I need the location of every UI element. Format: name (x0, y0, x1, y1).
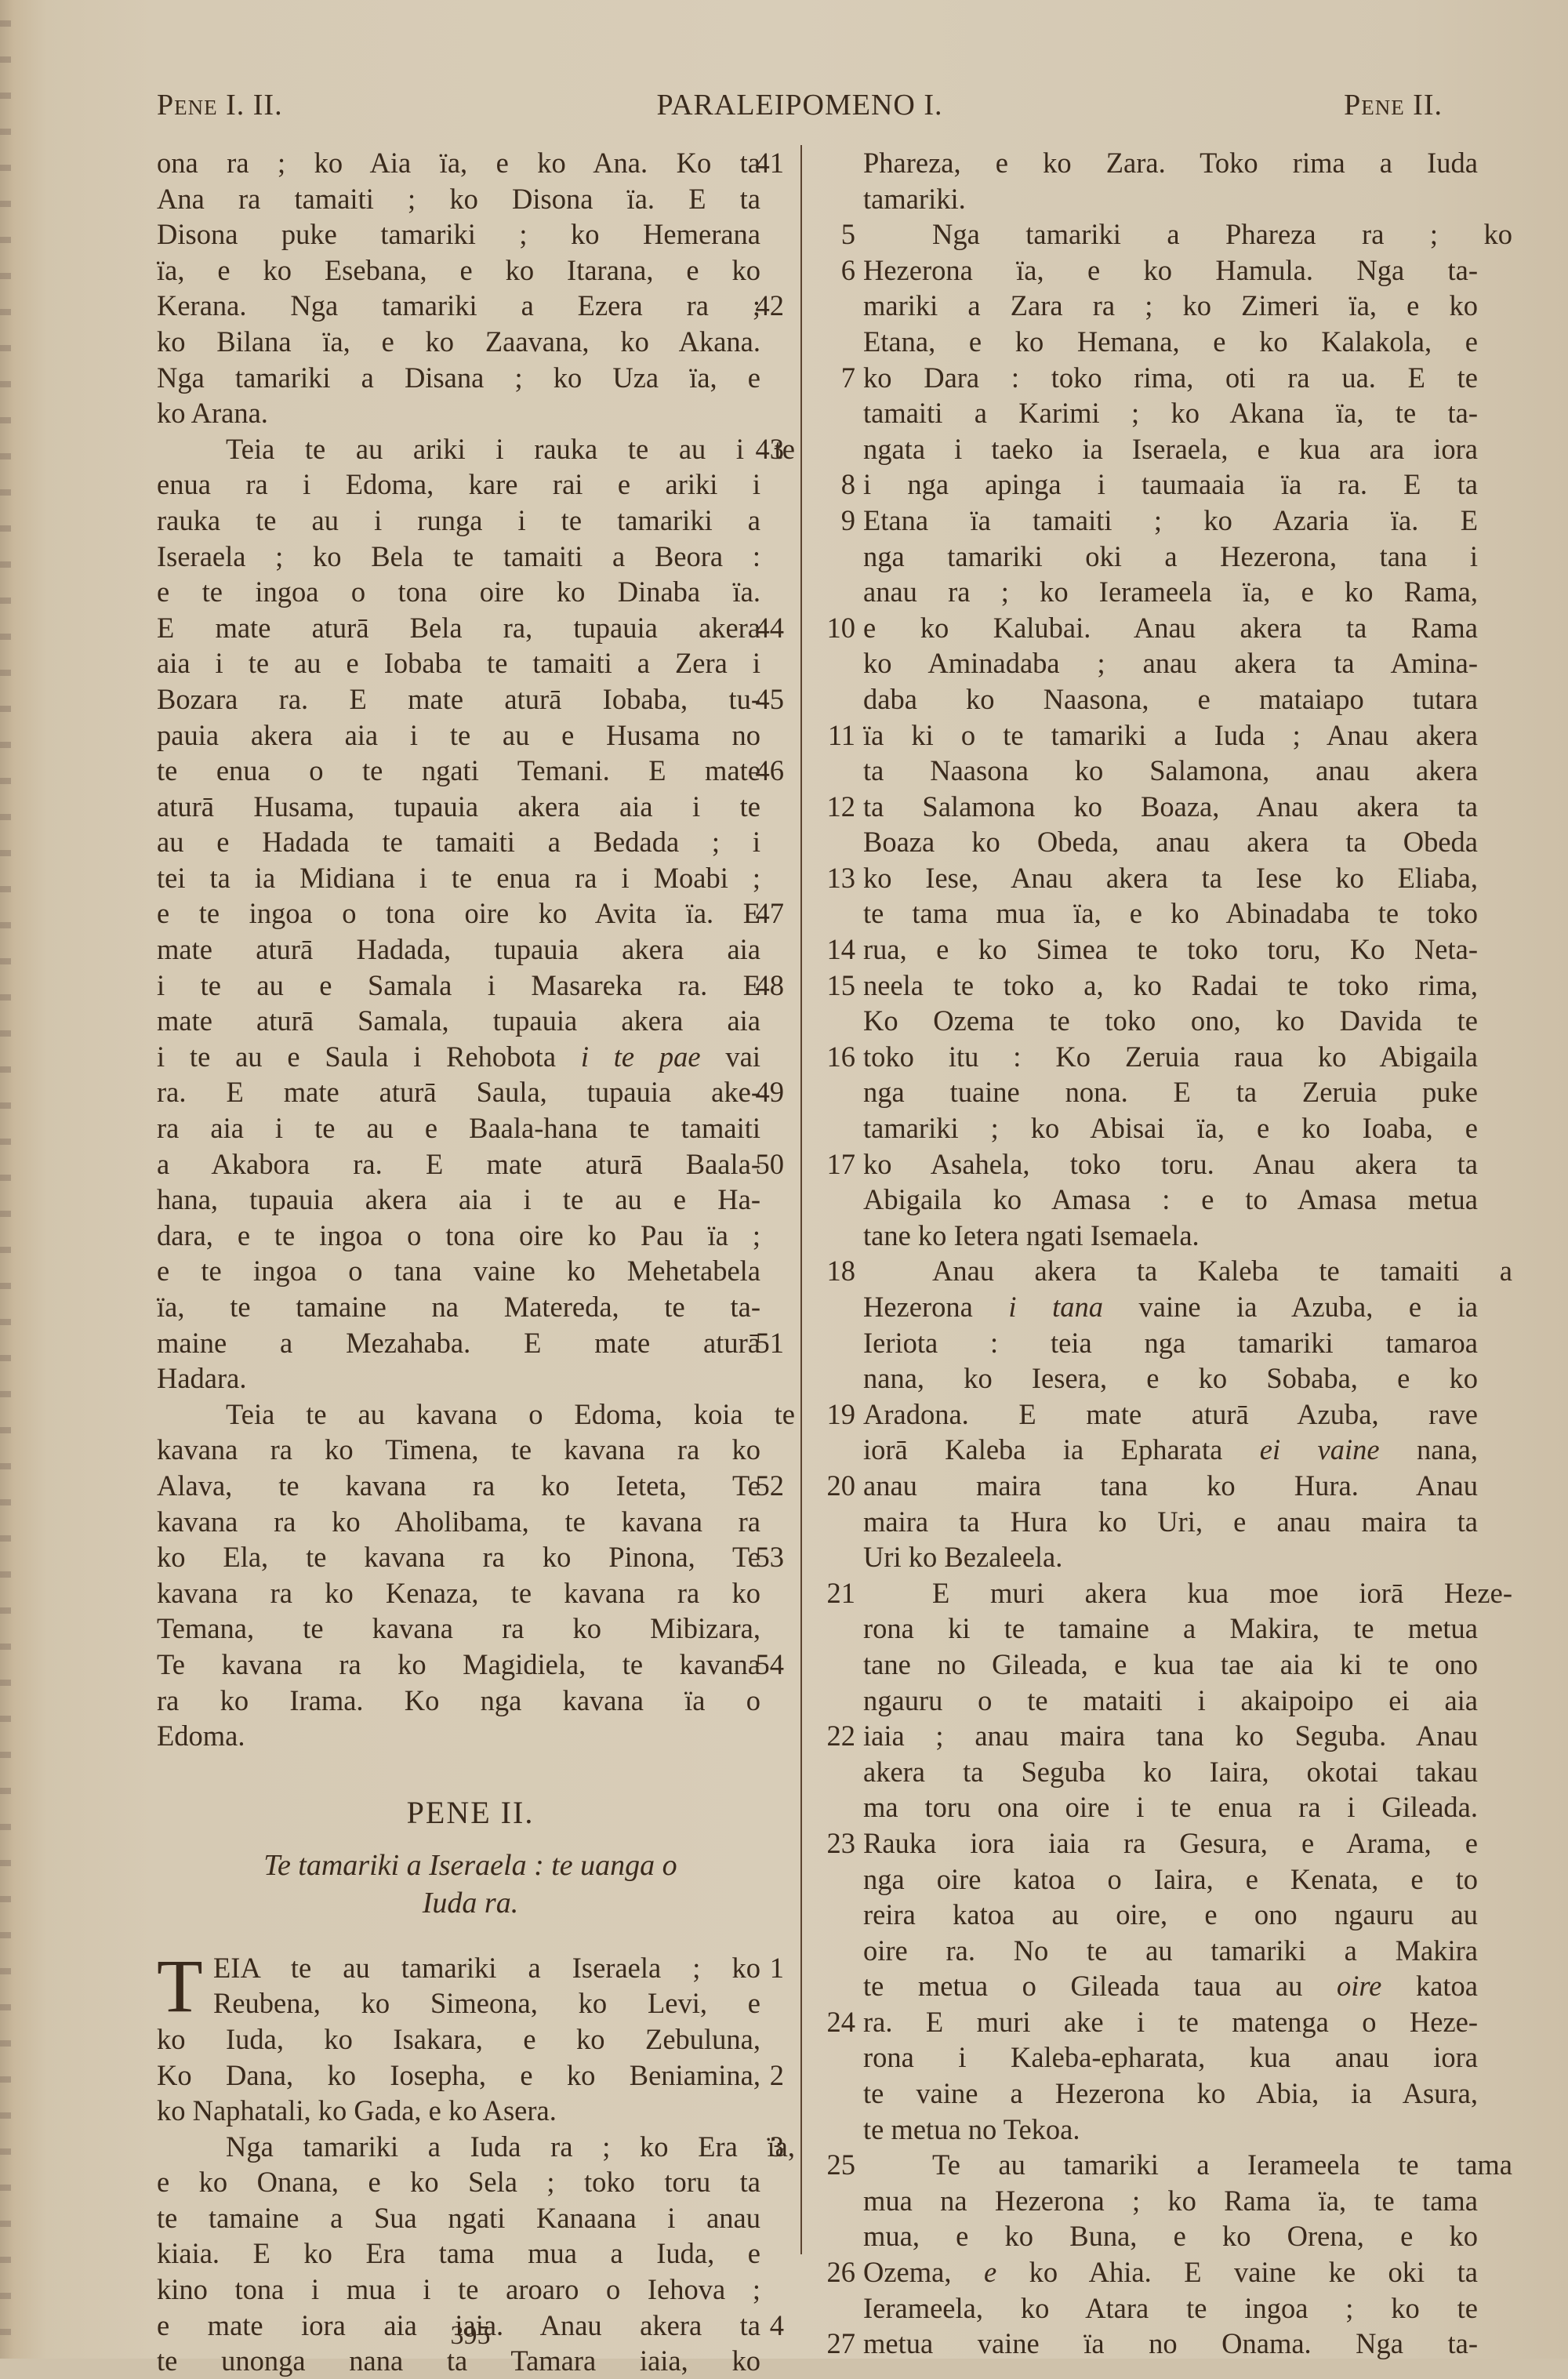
verse-text: Phareza, e ko Zara. Toko rima a Iuda (863, 145, 1478, 181)
verse-text: aia i te au e Iobaba te tamaiti a Zera i (157, 645, 760, 681)
text-line: aturā Husama, tupauia akera aia i te (157, 789, 784, 825)
left-column: 41ona ra ; ko Aia ïa, e ko Ana. Ko taAna… (157, 145, 784, 2359)
verse-text: ïa, te tamaine na Matereda, te ta- (157, 1289, 760, 1325)
verse-text: Boaza ko Obeda, anau akera ta Obeda (863, 824, 1478, 860)
verse-number: 17 (811, 1146, 855, 1182)
verse-number: 52 (746, 1468, 784, 1504)
verse-number: 54 (746, 1647, 784, 1683)
text-line: Phareza, e ko Zara. Toko rima a Iuda (811, 145, 1454, 181)
text-line: 6Hezerona ïa, e ko Hamula. Nga ta- (811, 252, 1454, 289)
verse-text: Ierameela, ko Atara te ingoa ; ko te (863, 2290, 1478, 2326)
text-line: rauka te au i runga i te tamariki a (157, 503, 784, 539)
verse-text: E muri akera kua moe iorā Heze- (898, 1575, 1512, 1611)
verse-text: reira katoa au oire, e ono ngauru au (863, 1897, 1478, 1933)
chapter-text: 1EIA te au tamariki a Iseraela ; koReube… (157, 1950, 784, 2359)
text-line: Abigaila ko Amasa : e to Amasa metua (811, 1182, 1454, 1218)
text-line: iorā Kaleba ia Epharata ei vaine nana, (811, 1432, 1454, 1468)
chapter-summary-line: Te tamariki a Iseraela : te uanga o (157, 1847, 784, 1884)
verse-text: ïa, e ko Esebana, e ko Itarana, e ko (157, 252, 760, 289)
verse-number: 15 (811, 968, 855, 1004)
verse-text: nga oire katoa o Iaira, e Kenata, e to (863, 1861, 1478, 1898)
verse-text: ko Naphatali, ko Gada, e ko Asera. (157, 2093, 760, 2129)
left-column-text: 41ona ra ; ko Aia ïa, e ko Ana. Ko taAna… (157, 145, 784, 1754)
text-line: 47e te ingoa o tona oire ko Avita ïa. E (157, 895, 784, 932)
verse-number: 5 (811, 216, 855, 252)
verse-number: 12 (811, 789, 855, 825)
text-line: 21E muri akera kua moe iorā Heze- (811, 1575, 1454, 1611)
verse-text: e te ingoa o tona oire ko Avita ïa. E (157, 895, 760, 932)
verse-number: 49 (746, 1074, 784, 1110)
text-line: Hezerona i tana vaine ia Azuba, e ia (811, 1289, 1454, 1325)
verse-number: 53 (746, 1539, 784, 1575)
verse-text: rona i Kaleba-epharata, kua anau iora (863, 2039, 1478, 2076)
verse-number: 1 (746, 1950, 784, 1986)
text-line: ïa, te tamaine na Matereda, te ta- (157, 1289, 784, 1325)
page-number: 395 (157, 2321, 784, 2351)
verse-text: te tamaine a Sua ngati Kanaana i anau (157, 2200, 760, 2236)
verse-text: aturā Husama, tupauia akera aia i te (157, 789, 760, 825)
verse-text: oire ra. No te au tamariki a Makira (863, 1933, 1478, 1969)
verse-text: te enua o te ngati Temani. E mate (157, 753, 760, 789)
verse-text: enua ra i Edoma, kare rai e ariki i (157, 467, 760, 503)
verse-text: nga tamariki oki a Hezerona, tana i (863, 539, 1478, 575)
verse-text: Te kavana ra ko Magidiela, te kavana (157, 1647, 760, 1683)
verse-text: ona ra ; ko Aia ïa, e ko Ana. Ko ta (157, 145, 760, 181)
text-line: Disona puke tamariki ; ko Hemerana (157, 216, 784, 252)
verse-text: ra aia i te au e Baala-hana te tamaiti (157, 1110, 760, 1146)
scanned-page: Pene I. II. PARALEIPOMENO I. Pene II. 41… (0, 0, 1568, 2359)
text-line: 7ko Dara : toko rima, oti ra ua. E te (811, 360, 1454, 396)
verse-text: Reubena, ko Simeona, ko Levi, e (157, 1985, 760, 2021)
verse-text: anau ra ; ko Ierameela ïa, e ko Rama, (863, 574, 1478, 610)
text-line: 19Aradona. E mate aturā Azuba, rave (811, 1397, 1454, 1433)
text-line: 2Ko Dana, ko Iosepha, e ko Beniamina, (157, 2058, 784, 2094)
verse-text: i te au e Saula i Rehobota i te pae vai (157, 1039, 760, 1075)
text-line: Teia te au kavana o Edoma, koia te (157, 1397, 784, 1433)
verse-text: ra. E muri ake i te matenga o Heze- (863, 2004, 1478, 2040)
verse-text: ra. E mate aturā Saula, tupauia ake- (157, 1074, 760, 1110)
verse-text: tane no Gileada, e kua tae aia ki te ono (863, 1647, 1478, 1683)
verse-text: ta Salamona ko Boaza, Anau akera ta (863, 789, 1478, 825)
text-line: 24ra. E muri ake i te matenga o Heze- (811, 2004, 1454, 2040)
text-line: 27metua vaine ïa no Onama. Nga ta- (811, 2326, 1454, 2359)
verse-text: metua vaine ïa no Onama. Nga ta- (863, 2326, 1478, 2359)
text-line: 44E mate aturā Bela ra, tupauia akera (157, 610, 784, 646)
text-line: ngata i taeko ia Iseraela, e kua ara ior… (811, 431, 1454, 467)
verse-number: 13 (811, 860, 855, 896)
verse-text: te tama mua ïa, e ko Abinadaba te toko (863, 895, 1478, 932)
text-line: reira katoa au oire, e ono ngauru au (811, 1897, 1454, 1933)
verse-text: rua, e ko Simea te toko toru, Ko Neta- (863, 932, 1478, 968)
text-line: maira ta Hura ko Uri, e anau maira ta (811, 1504, 1454, 1540)
verse-number: 41 (746, 145, 784, 181)
text-line: 11ïa ki o te tamariki a Iuda ; Anau aker… (811, 717, 1454, 754)
right-column: Phareza, e ko Zara. Toko rima a Iudatama… (811, 145, 1454, 2359)
verse-text: iaia ; anau maira tana ko Seguba. Anau (863, 1718, 1478, 1754)
verse-text: nana, ko Iesera, e ko Sobaba, e ko (863, 1360, 1478, 1397)
text-line: mariki a Zara ra ; ko Zimeri ïa, e ko (811, 288, 1454, 324)
text-line: te metua no Tekoa. (811, 2112, 1454, 2148)
verse-text: maira ta Hura ko Uri, e anau maira ta (863, 1504, 1478, 1540)
verse-text: kiaia. E ko Era tama mua a Iuda, e (157, 2236, 760, 2272)
verse-number: 7 (811, 360, 855, 396)
verse-text: Hezerona i tana vaine ia Azuba, e ia (863, 1289, 1478, 1325)
text-line: nga oire katoa o Iaira, e Kenata, e to (811, 1861, 1454, 1898)
verse-text: EIA te au tamariki a Iseraela ; ko (157, 1950, 760, 1986)
text-line: te metua o Gileada taua au oire katoa (811, 1968, 1454, 2004)
verse-text: iorā Kaleba ia Epharata ei vaine nana, (863, 1432, 1478, 1468)
text-line: tamariki ; ko Abisai ïa, e ko Ioaba, e (811, 1110, 1454, 1146)
verse-text: Kerana. Nga tamariki a Ezera ra ; (157, 288, 760, 324)
verse-number: 24 (811, 2004, 855, 2040)
verse-text: Abigaila ko Amasa : e to Amasa metua (863, 1182, 1478, 1218)
verse-text: neela te toko a, ko Radai te toko rima, (863, 968, 1478, 1004)
verse-text: Nga tamariki a Iuda ra ; ko Era ïa, (191, 2129, 795, 2165)
text-line: ngauru o te mataiti i akaipoipo ei aia (811, 1683, 1454, 1719)
verse-number: 48 (746, 968, 784, 1004)
verse-text: Temana, te kavana ra ko Mibizara, (157, 1611, 760, 1647)
verse-text: Ko Dana, ko Iosepha, e ko Beniamina, (157, 2058, 760, 2094)
text-line: e te ingoa o tana vaine ko Mehetabela (157, 1253, 784, 1289)
verse-text: Nga tamariki a Disana ; ko Uza ïa, e (157, 360, 760, 396)
text-line: ra ko Irama. Ko nga kavana ïa o (157, 1683, 784, 1719)
verse-text: mate aturā Hadada, tupauia akera aia (157, 932, 760, 968)
text-line: 9Etana ïa tamaiti ; ko Azaria ïa. E (811, 503, 1454, 539)
verse-number: 21 (811, 1575, 855, 1611)
text-line: Nga tamariki a Disana ; ko Uza ïa, e (157, 360, 784, 396)
verse-text: kavana ra ko Aholibama, te kavana ra (157, 1504, 760, 1540)
text-line: te vaine a Hezerona ko Abia, ia Asura, (811, 2076, 1454, 2112)
verse-text: ko Iuda, ko Isakara, e ko Zebuluna, (157, 2021, 760, 2058)
verse-text: Ana ra tamaiti ; ko Disona ïa. E ta (157, 181, 760, 217)
verse-text: kino tona i mua i te aroaro o Iehova ; (157, 2272, 760, 2308)
text-line: 45Bozara ra. E mate aturā Iobaba, tu- (157, 681, 784, 717)
text-line: mua, e ko Buna, e ko Orena, e ko (811, 2218, 1454, 2254)
verse-text: mua na Hezerona ; ko Rama ïa, te tama (863, 2183, 1478, 2219)
verse-number: 23 (811, 1825, 855, 1861)
text-line: Ko Ozema te toko ono, ko Davida te (811, 1003, 1454, 1039)
verse-text: Disona puke tamariki ; ko Hemerana (157, 216, 760, 252)
text-line: 5Nga tamariki a Phareza ra ; ko (811, 216, 1454, 252)
verse-number: 3 (746, 2129, 784, 2165)
verse-text: ko Aminadaba ; anau akera ta Amina- (863, 645, 1478, 681)
text-line: 12ta Salamona ko Boaza, Anau akera ta (811, 789, 1454, 825)
text-line: enua ra i Edoma, kare rai e ariki i (157, 467, 784, 503)
verse-number: 20 (811, 1468, 855, 1504)
verse-number: 16 (811, 1039, 855, 1075)
verse-text: Ozema, e ko Ahia. E vaine ke oki ta (863, 2254, 1478, 2290)
text-line: 43Teia te au ariki i rauka te au i te (157, 431, 784, 467)
text-line: Ana ra tamaiti ; ko Disona ïa. E ta (157, 181, 784, 217)
verse-text: e ko Kalubai. Anau akera ta Rama (863, 610, 1478, 646)
text-line: ko Bilana ïa, e ko Zaavana, ko Akana. (157, 324, 784, 360)
verse-text: Teia te au ariki i rauka te au i te (191, 431, 795, 467)
verse-number: 22 (811, 1718, 855, 1754)
text-line: ko Arana. (157, 395, 784, 431)
verse-text: ma toru ona oire i te enua ra i Gileada. (863, 1789, 1478, 1825)
text-line: 23Rauka iora iaia ra Gesura, e Arama, e (811, 1825, 1454, 1861)
text-line: au e Hadada te tamaiti a Bedada ; i (157, 824, 784, 860)
verse-number: 6 (811, 252, 855, 289)
verse-text: rauka te au i runga i te tamariki a (157, 503, 760, 539)
verse-text: ko Ela, te kavana ra ko Pinona, Te (157, 1539, 760, 1575)
text-line: mate aturā Samala, tupauia akera aia (157, 1003, 784, 1039)
text-line: 13ko Iese, Anau akera ta Iese ko Eliaba, (811, 860, 1454, 896)
running-head: Pene I. II. PARALEIPOMENO I. Pene II. (157, 88, 1443, 135)
text-line: anau ra ; ko Ierameela ïa, e ko Rama, (811, 574, 1454, 610)
verse-text: Anau akera ta Kaleba te tamaiti a (898, 1253, 1512, 1289)
chapter-summary: Te tamariki a Iseraela : te uanga o Iuda… (157, 1847, 784, 1922)
verse-text: Hezerona ïa, e ko Hamula. Nga ta- (863, 252, 1478, 289)
verse-number: 2 (746, 2058, 784, 2094)
verse-text: ngata i taeko ia Iseraela, e kua ara ior… (863, 431, 1478, 467)
verse-text: Edoma. (157, 1718, 760, 1754)
text-line: akera ta Seguba ko Iaira, okotai takau (811, 1754, 1454, 1790)
running-head-right: Pene II. (1344, 88, 1443, 122)
text-line: ko Aminadaba ; anau akera ta Amina- (811, 645, 1454, 681)
verse-number: 19 (811, 1397, 855, 1433)
text-line: 17ko Asahela, toko toru. Anau akera ta (811, 1146, 1454, 1182)
text-line: nga tamariki oki a Hezerona, tana i (811, 539, 1454, 575)
text-line: Etana, e ko Hemana, e ko Kalakola, e (811, 324, 1454, 360)
verse-number: 27 (811, 2326, 855, 2359)
verse-text: te metua no Tekoa. (863, 2112, 1478, 2148)
verse-number: 44 (746, 610, 784, 646)
verse-number: 46 (746, 753, 784, 789)
verse-text: ko Arana. (157, 395, 760, 431)
text-line: tane no Gileada, e kua tae aia ki te ono (811, 1647, 1454, 1683)
chapter-summary-line: Iuda ra. (157, 1884, 784, 1922)
verse-text: ta Naasona ko Salamona, anau akera (863, 753, 1478, 789)
text-line: 54Te kavana ra ko Magidiela, te kavana (157, 1647, 784, 1683)
running-head-title: PARALEIPOMENO I. (157, 88, 1443, 122)
text-line: 48i te au e Samala i Masareka ra. E (157, 968, 784, 1004)
verse-text: au e Hadada te tamaiti a Bedada ; i (157, 824, 760, 860)
verse-text: te vaine a Hezerona ko Abia, ia Asura, (863, 2076, 1478, 2112)
text-line: e ko Onana, e ko Sela ; toko toru ta (157, 2164, 784, 2200)
text-line: ko Naphatali, ko Gada, e ko Asera. (157, 2093, 784, 2129)
verse-text: toko itu : Ko Zeruia raua ko Abigaila (863, 1039, 1478, 1075)
text-line: nana, ko Iesera, e ko Sobaba, e ko (811, 1360, 1454, 1397)
verse-text: anau maira tana ko Hura. Anau (863, 1468, 1478, 1504)
verse-text: akera ta Seguba ko Iaira, okotai takau (863, 1754, 1478, 1790)
text-line: tamaiti a Karimi ; ko Akana ïa, te ta- (811, 395, 1454, 431)
verse-text: tei ta ia Midiana i te enua ra i Moabi ; (157, 860, 760, 896)
verse-number: 18 (811, 1253, 855, 1289)
text-line: ma toru ona oire i te enua ra i Gileada. (811, 1789, 1454, 1825)
verse-text: e te ingoa o tana vaine ko Mehetabela (157, 1253, 760, 1289)
verse-number: 8 (811, 467, 855, 503)
text-line: Ierameela, ko Atara te ingoa ; ko te (811, 2290, 1454, 2326)
verse-text: Alava, te kavana ra ko Ieteta, Te (157, 1468, 760, 1504)
verse-number: 43 (746, 431, 784, 467)
verse-text: Aradona. E mate aturā Azuba, rave (863, 1397, 1478, 1433)
text-line: 52Alava, te kavana ra ko Ieteta, Te (157, 1468, 784, 1504)
text-line: daba ko Naasona, e mataiapo tutara (811, 681, 1454, 717)
verse-text: e te ingoa o tona oire ko Dinaba ïa. (157, 574, 760, 610)
text-line: Iseraela ; ko Bela te tamaiti a Beora : (157, 539, 784, 575)
verse-text: ra ko Irama. Ko nga kavana ïa o (157, 1683, 760, 1719)
verse-text: pauia akera aia i te au e Husama no (157, 717, 760, 754)
text-line: 42Kerana. Nga tamariki a Ezera ra ; (157, 288, 784, 324)
verse-text: tamaiti a Karimi ; ko Akana ïa, te ta- (863, 395, 1478, 431)
verse-text: tamariki ; ko Abisai ïa, e ko Ioaba, e (863, 1110, 1478, 1146)
verse-text: ko Bilana ïa, e ko Zaavana, ko Akana. (157, 324, 760, 360)
verse-text: daba ko Naasona, e mataiapo tutara (863, 681, 1478, 717)
text-line: 20anau maira tana ko Hura. Anau (811, 1468, 1454, 1504)
text-line: te tamaine a Sua ngati Kanaana i anau (157, 2200, 784, 2236)
text-line: 22iaia ; anau maira tana ko Seguba. Anau (811, 1718, 1454, 1754)
text-line: aia i te au e Iobaba te tamaiti a Zera i (157, 645, 784, 681)
verse-text: Uri ko Bezaleela. (863, 1539, 1478, 1575)
verse-number: 26 (811, 2254, 855, 2290)
text-line: kavana ra ko Aholibama, te kavana ra (157, 1504, 784, 1540)
text-line: te tama mua ïa, e ko Abinadaba te toko (811, 895, 1454, 932)
text-line: Boaza ko Obeda, anau akera ta Obeda (811, 824, 1454, 860)
verse-text: kavana ra ko Timena, te kavana ra ko (157, 1432, 760, 1468)
text-line: rona ki te tamaine a Makira, te metua (811, 1611, 1454, 1647)
text-line: 1EIA te au tamariki a Iseraela ; ko (157, 1950, 784, 1986)
text-line: ra aia i te au e Baala-hana te tamaiti (157, 1110, 784, 1146)
text-line: 16toko itu : Ko Zeruia raua ko Abigaila (811, 1039, 1454, 1075)
verse-text: Teia te au kavana o Edoma, koia te (191, 1397, 795, 1433)
text-line: tane ko Ietera ngati Isemaela. (811, 1218, 1454, 1254)
verse-text: E mate aturā Bela ra, tupauia akera (157, 610, 760, 646)
verse-number: 42 (746, 288, 784, 324)
text-line: 25Te au tamariki a Ierameela te tama (811, 2147, 1454, 2183)
text-line: 51maine a Mezahaba. E mate aturā (157, 1325, 784, 1361)
text-line: Ieriota : teia nga tamariki tamaroa (811, 1325, 1454, 1361)
verse-text: ko Iese, Anau akera ta Iese ko Eliaba, (863, 860, 1478, 896)
verse-text: maine a Mezahaba. E mate aturā (157, 1325, 760, 1361)
chapter-heading: PENE II. (157, 1785, 784, 1840)
text-line: Edoma. (157, 1718, 784, 1754)
text-line: 53ko Ela, te kavana ra ko Pinona, Te (157, 1539, 784, 1575)
text-line: dara, e te ingoa o tona oire ko Pau ïa ; (157, 1218, 784, 1254)
text-line: ïa, e ko Esebana, e ko Itarana, e ko (157, 252, 784, 289)
text-line: oire ra. No te au tamariki a Makira (811, 1933, 1454, 1969)
text-line: 50a Akabora ra. E mate aturā Baala- (157, 1146, 784, 1182)
verse-text: Bozara ra. E mate aturā Iobaba, tu- (157, 681, 760, 717)
text-line: nga tuaine nona. E ta Zeruia puke (811, 1074, 1454, 1110)
verse-number: 25 (811, 2147, 855, 2183)
verse-text: ngauru o te mataiti i akaipoipo ei aia (863, 1683, 1478, 1719)
verse-text: Nga tamariki a Phareza ra ; ko (898, 216, 1512, 252)
text-line: 3Nga tamariki a Iuda ra ; ko Era ïa, (157, 2129, 784, 2165)
text-line: tamariki. (811, 181, 1454, 217)
verse-number: 47 (746, 895, 784, 932)
verse-number: 51 (746, 1325, 784, 1361)
text-line: rona i Kaleba-epharata, kua anau iora (811, 2039, 1454, 2076)
text-line: 18Anau akera ta Kaleba te tamaiti a (811, 1253, 1454, 1289)
text-line: 8i nga apinga i taumaaia ïa ra. E ta (811, 467, 1454, 503)
verse-text: Hadara. (157, 1360, 760, 1397)
verse-text: Iseraela ; ko Bela te tamaiti a Beora : (157, 539, 760, 575)
text-line: Hadara. (157, 1360, 784, 1397)
text-line: tei ta ia Midiana i te enua ra i Moabi ; (157, 860, 784, 896)
text-line: kavana ra ko Timena, te kavana ra ko (157, 1432, 784, 1468)
verse-text: mua, e ko Buna, e ko Orena, e ko (863, 2218, 1478, 2254)
verse-text: Etana, e ko Hemana, e ko Kalakola, e (863, 324, 1478, 360)
text-line: Uri ko Bezaleela. (811, 1539, 1454, 1575)
right-column-text: Phareza, e ko Zara. Toko rima a Iudatama… (811, 145, 1454, 2359)
verse-text: i te au e Samala i Masareka ra. E (157, 968, 760, 1004)
text-line: ko Iuda, ko Isakara, e ko Zebuluna, (157, 2021, 784, 2058)
text-line: 14rua, e ko Simea te toko toru, Ko Neta- (811, 932, 1454, 968)
text-line: 26Ozema, e ko Ahia. E vaine ke oki ta (811, 2254, 1454, 2290)
verse-text: hana, tupauia akera aia i te au e Ha- (157, 1182, 760, 1218)
verse-text: rona ki te tamaine a Makira, te metua (863, 1611, 1478, 1647)
verse-number: 10 (811, 610, 855, 646)
verse-text: tane ko Ietera ngati Isemaela. (863, 1218, 1478, 1254)
verse-text: mariki a Zara ra ; ko Zimeri ïa, e ko (863, 288, 1478, 324)
text-line: e te ingoa o tona oire ko Dinaba ïa. (157, 574, 784, 610)
text-line: 46te enua o te ngati Temani. E mate (157, 753, 784, 789)
verse-text: Ieriota : teia nga tamariki tamaroa (863, 1325, 1478, 1361)
text-line: pauia akera aia i te au e Husama no (157, 717, 784, 754)
text-line: ta Naasona ko Salamona, anau akera (811, 753, 1454, 789)
verse-text: e ko Onana, e ko Sela ; toko toru ta (157, 2164, 760, 2200)
verse-text: te metua o Gileada taua au oire katoa (863, 1968, 1478, 2004)
text-line: kino tona i mua i te aroaro o Iehova ; (157, 2272, 784, 2308)
chapter-opening: T 1EIA te au tamariki a Iseraela ; koReu… (157, 1950, 784, 2359)
text-line: kavana ra ko Kenaza, te kavana ra ko (157, 1575, 784, 1611)
verse-text: ko Dara : toko rima, oti ra ua. E te (863, 360, 1478, 396)
text-line: Reubena, ko Simeona, ko Levi, e (157, 1985, 784, 2021)
verse-text: Etana ïa tamaiti ; ko Azaria ïa. E (863, 503, 1478, 539)
verse-text: nga tuaine nona. E ta Zeruia puke (863, 1074, 1478, 1110)
verse-number: 50 (746, 1146, 784, 1182)
verse-text: a Akabora ra. E mate aturā Baala- (157, 1146, 760, 1182)
text-line: mate aturā Hadada, tupauia akera aia (157, 932, 784, 968)
text-line: kiaia. E ko Era tama mua a Iuda, e (157, 2236, 784, 2272)
text-line: i te au e Saula i Rehobota i te pae vai (157, 1039, 784, 1075)
text-line: hana, tupauia akera aia i te au e Ha- (157, 1182, 784, 1218)
text-line: mua na Hezerona ; ko Rama ïa, te tama (811, 2183, 1454, 2219)
verse-text: ïa ki o te tamariki a Iuda ; Anau akera (863, 717, 1478, 754)
text-line: Temana, te kavana ra ko Mibizara, (157, 1611, 784, 1647)
verse-text: ko Asahela, toko toru. Anau akera ta (863, 1146, 1478, 1182)
text-line: 10e ko Kalubai. Anau akera ta Rama (811, 610, 1454, 646)
verse-text: Te au tamariki a Ierameela te tama (898, 2147, 1512, 2183)
verse-number: 14 (811, 932, 855, 968)
verse-number: 9 (811, 503, 855, 539)
column-divider-rule (800, 145, 802, 2254)
text-line: 15neela te toko a, ko Radai te toko rima… (811, 968, 1454, 1004)
verse-number: 45 (746, 681, 784, 717)
verse-text: Ko Ozema te toko ono, ko Davida te (863, 1003, 1478, 1039)
text-line: 49ra. E mate aturā Saula, tupauia ake- (157, 1074, 784, 1110)
verse-text: i nga apinga i taumaaia ïa ra. E ta (863, 467, 1478, 503)
verse-number: 11 (811, 717, 855, 754)
adjacent-page-edge (0, 0, 11, 2359)
verse-text: mate aturā Samala, tupauia akera aia (157, 1003, 760, 1039)
verse-text: kavana ra ko Kenaza, te kavana ra ko (157, 1575, 760, 1611)
verse-text: tamariki. (863, 181, 1478, 217)
verse-text: Rauka iora iaia ra Gesura, e Arama, e (863, 1825, 1478, 1861)
verse-text: dara, e te ingoa o tona oire ko Pau ïa ; (157, 1218, 760, 1254)
text-line: 41ona ra ; ko Aia ïa, e ko Ana. Ko ta (157, 145, 784, 181)
